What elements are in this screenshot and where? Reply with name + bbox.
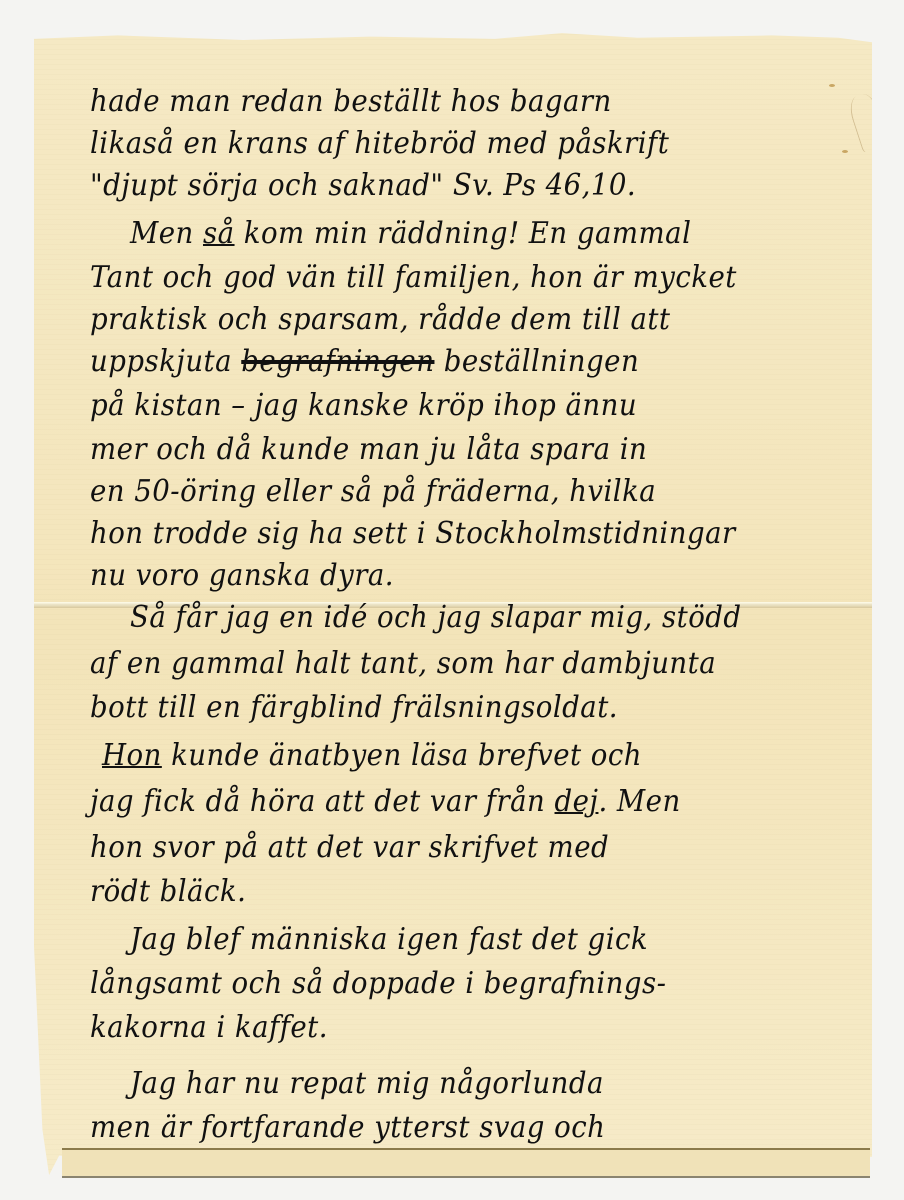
struck-through-word: begrafningen	[241, 344, 434, 379]
letter-line-17: jag fick då höra att det var från dej. M…	[90, 784, 681, 819]
letter-line-3: "djupt sörja och saknad" Sv. Ps 46,10.	[90, 168, 636, 203]
underlined-word: Hon	[102, 738, 162, 773]
ink-stain	[829, 84, 835, 87]
letter-line-2: likaså en krans af hitebröd med påskrift	[90, 126, 669, 161]
letter-line-5: Tant och god vän till familjen, hon är m…	[90, 260, 737, 295]
letter-line-10: en 50-öring eller så på fräderna, hvilka	[90, 474, 656, 509]
letter-line-15: bott till en färgblind frälsningsoldat.	[90, 690, 618, 725]
letter-line-8: på kistan – jag kanske kröp ihop ännu	[90, 388, 637, 423]
letter-line-6: praktisk och sparsam, rådde dem till att	[90, 302, 670, 337]
letter-line-9: mer och då kunde man ju låta spara in	[90, 432, 647, 467]
torn-bottom-edge	[62, 1148, 870, 1178]
underlined-word: så	[203, 216, 235, 251]
letter-line-18: hon svor på att det var skrifvet med	[90, 830, 609, 865]
line-text: beställningen	[434, 344, 639, 379]
underlined-word: dej	[555, 784, 599, 819]
letter-line-14: af en gammal halt tant, som har dambjunt…	[90, 646, 716, 681]
paper-crease-mark	[846, 91, 890, 153]
line-text: Men	[130, 216, 203, 251]
letter-line-24: men är fortfarande ytterst svag och	[90, 1110, 605, 1145]
ink-stain	[842, 150, 848, 153]
letter-line-20: Jag blef människa igen fast det gick	[130, 922, 648, 957]
letter-line-16: Hon kunde änatbyen läsa brefvet och	[102, 738, 642, 773]
letter-line-12: nu voro ganska dyra.	[90, 558, 394, 593]
letter-line-19: rödt bläck.	[90, 874, 246, 909]
letter-line-23: Jag har nu repat mig någorlunda	[130, 1066, 604, 1101]
line-text: jag fick då höra att det var från	[90, 784, 555, 819]
letter-line-22: kakorna i kaffet.	[90, 1010, 328, 1045]
letter-line-1: hade man redan beställt hos bagarn	[90, 84, 612, 119]
letter-line-4: Men så kom min räddning! En gammal	[130, 216, 691, 251]
line-text: kom min räddning! En gammal	[235, 216, 692, 251]
letter-line-21: långsamt och så doppade i begrafnings-	[90, 966, 666, 1001]
letter-line-7: uppskjuta begrafningen beställningen	[90, 344, 639, 379]
letter-line-11: hon trodde sig ha sett i Stockholmstidni…	[90, 516, 736, 551]
line-text: uppskjuta	[90, 344, 241, 379]
line-text: kunde änatbyen läsa brefvet och	[162, 738, 642, 773]
line-text: . Men	[598, 784, 680, 819]
letter-line-13: Så får jag en idé och jag slapar mig, st…	[130, 600, 742, 635]
